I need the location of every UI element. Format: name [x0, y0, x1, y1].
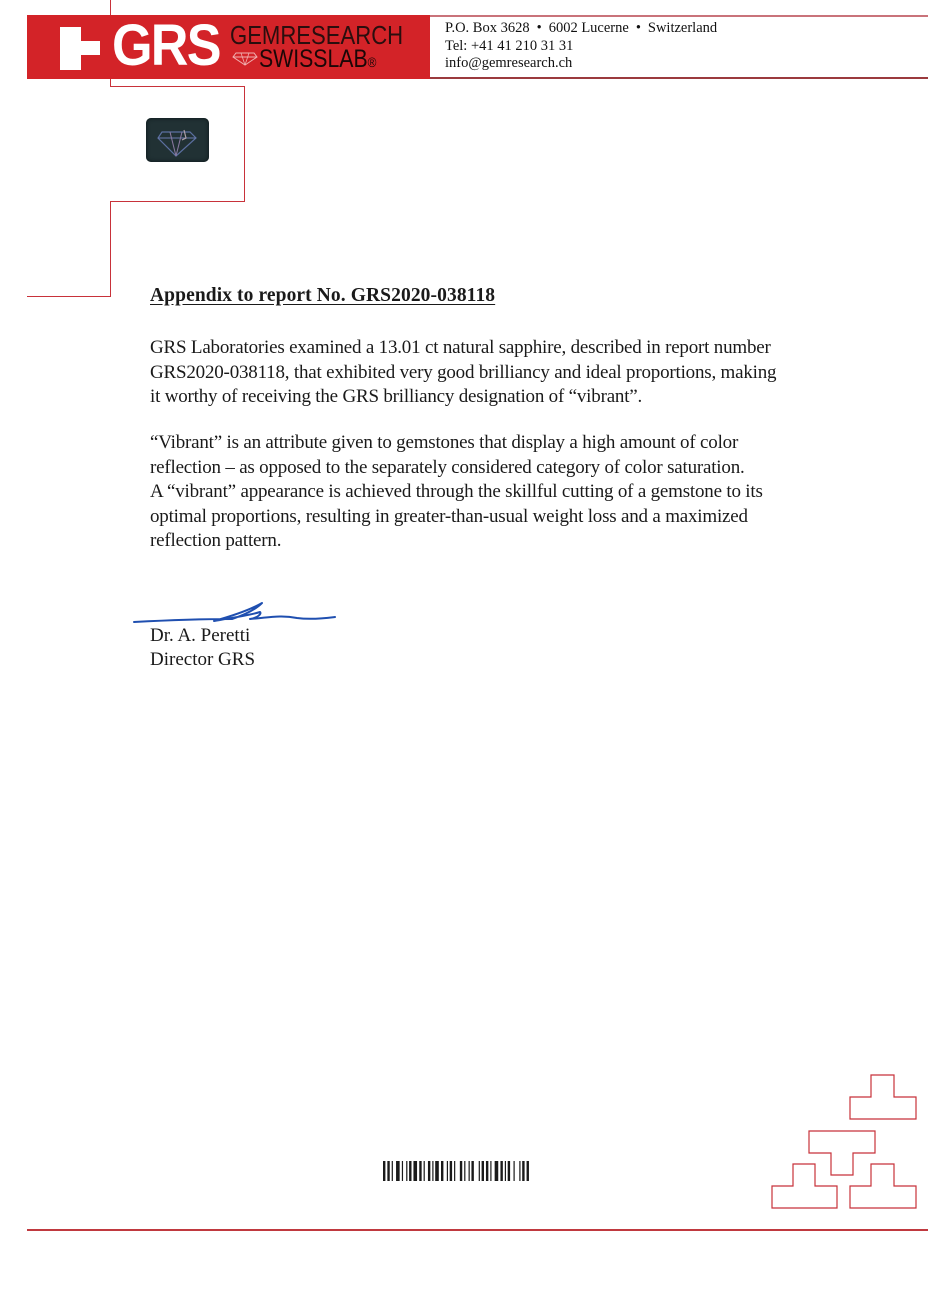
stacked-blocks-icon — [770, 1073, 920, 1211]
signatory-role: Director GRS — [150, 648, 255, 672]
swiss-cross-icon — [60, 27, 100, 70]
logo-swisslab-text: SWISSLAB — [259, 45, 368, 73]
bullet-separator: • — [530, 20, 549, 36]
text-line: “Vibrant” is an attribute given to gemst… — [150, 431, 850, 456]
diamond-hologram-icon — [146, 118, 209, 162]
paragraph-examination: GRS Laboratories examined a 13.01 ct nat… — [150, 336, 850, 410]
text-line: GRS2020-038118, that exhibited very good… — [150, 361, 850, 386]
logo-swisslab: SWISSLAB® — [259, 47, 376, 75]
footer-rule — [27, 1229, 928, 1231]
document-title: Appendix to report No. GRS2020-038118 — [150, 285, 495, 307]
city: 6002 Lucerne — [549, 20, 629, 36]
postal-address: P.O. Box 3628•6002 Lucerne•Switzerland — [445, 20, 717, 38]
logo-mark: GRS — [112, 13, 220, 79]
text-line: A “vibrant” appearance is achieved throu… — [150, 480, 850, 505]
registered-mark: ® — [368, 54, 377, 70]
frame-line — [244, 86, 245, 202]
email-link[interactable]: info@gemresearch.ch — [445, 55, 717, 73]
contact-address: P.O. Box 3628•6002 Lucerne•Switzerland T… — [445, 20, 717, 73]
text-line: reflection pattern. — [150, 529, 850, 554]
text-line: it worthy of receiving the GRS brillianc… — [150, 385, 850, 410]
po-box: P.O. Box 3628 — [445, 20, 530, 36]
signatory-name: Dr. A. Peretti — [150, 624, 250, 648]
frame-line — [110, 0, 111, 15]
bullet-separator: • — [629, 20, 648, 36]
diamond-icon — [232, 52, 258, 66]
frame-line — [27, 296, 111, 297]
phone: Tel: +41 41 210 31 31 — [445, 38, 717, 56]
hologram-seal — [146, 118, 209, 162]
frame-line — [110, 201, 111, 297]
text-line: optimal proportions, resulting in greate… — [150, 505, 850, 530]
text-line: GRS Laboratories examined a 13.01 ct nat… — [150, 336, 850, 361]
frame-line — [111, 201, 245, 202]
frame-line — [110, 86, 245, 87]
text-line: reflection – as opposed to the separatel… — [150, 456, 850, 481]
country: Switzerland — [648, 20, 717, 36]
paragraph-vibrant-definition: “Vibrant” is an attribute given to gemst… — [150, 431, 850, 554]
barcode-icon — [383, 1161, 573, 1181]
